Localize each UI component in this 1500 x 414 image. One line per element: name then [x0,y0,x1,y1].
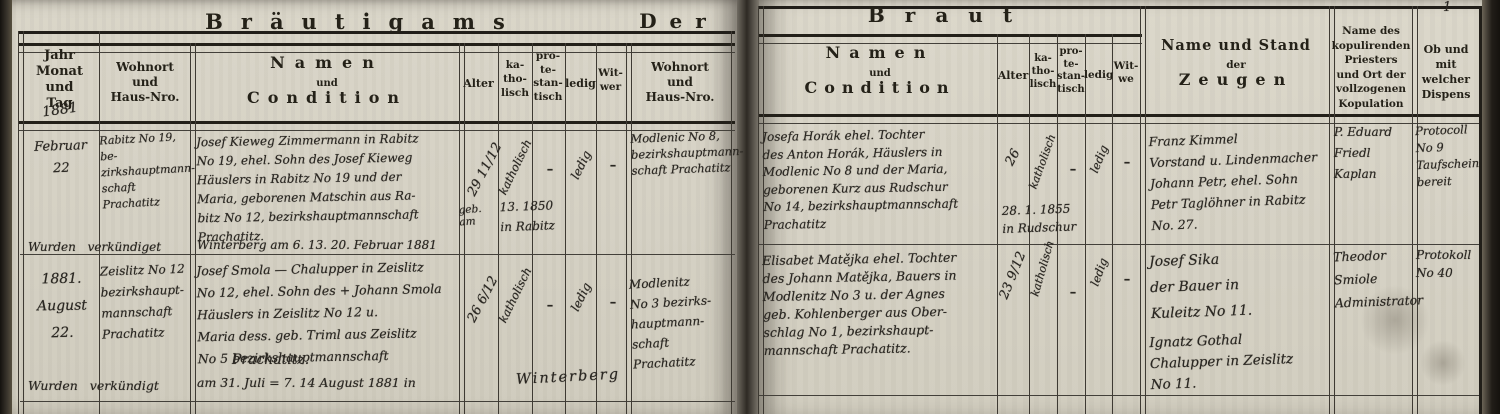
entry-date: Februar 22 [23,135,98,182]
column-header-dispens: Ob und mit welcher Dispens [1414,42,1478,102]
page-fold [737,0,759,414]
column-header-bride-catholic: ka- tho- lisch [1028,52,1058,91]
banns-note-left: Wurden verkündigt [28,378,193,393]
bride-residence: Modlenic No 8, bezirkshauptmann- schaft … [630,127,732,178]
column-header-groom-residence: Wohnort und Haus-Nro. [101,60,189,105]
column-header-witnesses-l3: Zeugen [1145,72,1327,87]
column-header-bride-age: Alter [996,68,1030,83]
column-header-bride-residence: Wohnort und Haus-Nro. [628,60,732,105]
book-binding-edge [0,0,12,414]
groom-religion-protestant: – [538,298,562,313]
column-header-groom-single: ledig [564,76,597,91]
groom-religion-protestant: – [538,162,562,177]
column-header-groom-protestant: pro- te- stan- tisch [531,50,565,104]
column-header-widow: Wit- we [1111,60,1141,86]
column-header-groom-age: Alter [459,76,498,91]
groom-status-widower: – [602,295,624,310]
section-title-bride: Braut [760,8,1140,23]
bride-residence: Modlenitz No 3 bezirks- hauptmann- schaf… [628,269,733,374]
witnesses-entry: Franz Kimmel Vorstand u. Lindenmacher Jo… [1148,125,1330,236]
bride-status-widow: – [1116,272,1138,287]
right-page-edge [1482,0,1500,414]
groom-birth-note: 13. 1850 in Rabitz [499,195,568,237]
column-header-bride-name-l1: Namen [765,45,995,60]
column-header-groom-name-l3: Condition [195,90,459,105]
section-title-der: Der [626,14,732,29]
priest-entry: P. Eduard Friedl Kaplan [1334,122,1412,185]
witness-entry-second: Ignatz Gothal Chalupper in Zeislitz No 1… [1149,327,1329,396]
column-header-witnesses-l1: Name und Stand [1145,38,1327,53]
grid-line [997,34,998,414]
grid-line [758,395,1482,396]
bride-status-widow: – [1116,155,1138,170]
banns-note-left: Wurden verkündiget [28,240,193,254]
dispens-entry: Protocoll No 9 Taufschein bereit [1415,121,1483,191]
grid-line [596,43,597,414]
column-header-bride-single: ledig [1084,68,1113,83]
banns-note-right: Winterberg am 6. 13. 20. Februar 1881 [197,238,482,252]
groom-residence: Rabitz No 19, be- zirkshauptmann- schaft… [99,129,195,214]
section-title-groom: Bräutigams [100,14,628,29]
bride-name-condition: Josefa Horák ehel. Tochter des Anton Hor… [762,125,994,234]
column-header-priest: Name des kopulirenden Priesters und Ort … [1331,24,1411,111]
entry-date: 1881. August 22. [23,265,100,347]
witness-entry-first: Josef Sika der Bauer in Kuleitz No 11. [1149,243,1330,327]
groom-name-condition-end: Prachatitz. [232,352,342,368]
column-header-groom-name-l1: Namen [195,55,459,70]
ink-smudge [1420,340,1466,386]
priest-entry: Theodor Smiole Administrator [1333,243,1415,315]
bride-religion-protestant: – [1062,285,1084,300]
grid-line [1479,6,1482,414]
dispens-entry: Protokoll No 40 [1416,246,1482,282]
column-header-widower: Wit- wer [595,66,626,94]
column-header-bride-protestant: pro- te- stan- tisch [1056,46,1086,96]
groom-status-widower: – [602,158,624,173]
column-header-bride-name-l3: Condition [765,80,995,95]
column-header-groom-catholic: ka- tho- lisch [498,58,532,100]
banns-note-middle: am 31. Juli = 7. 14 August 1881 in [197,375,475,390]
register-page-scan: Bräutigams Der Jahr Monat und Tag 1881 W… [0,0,1500,414]
bride-religion-protestant: – [1062,162,1084,177]
bride-name-condition: Elisabet Matějka ehel. Tochter des Johan… [762,248,994,360]
groom-name-condition: Josef Kieweg Zimmermann in Rabitz No 19,… [196,129,460,248]
page-corner-mark: 1 [1443,0,1463,15]
groom-residence: Zeislitz No 12 bezirkshaupt- mannschaft … [100,258,195,345]
grid-line [99,31,100,414]
